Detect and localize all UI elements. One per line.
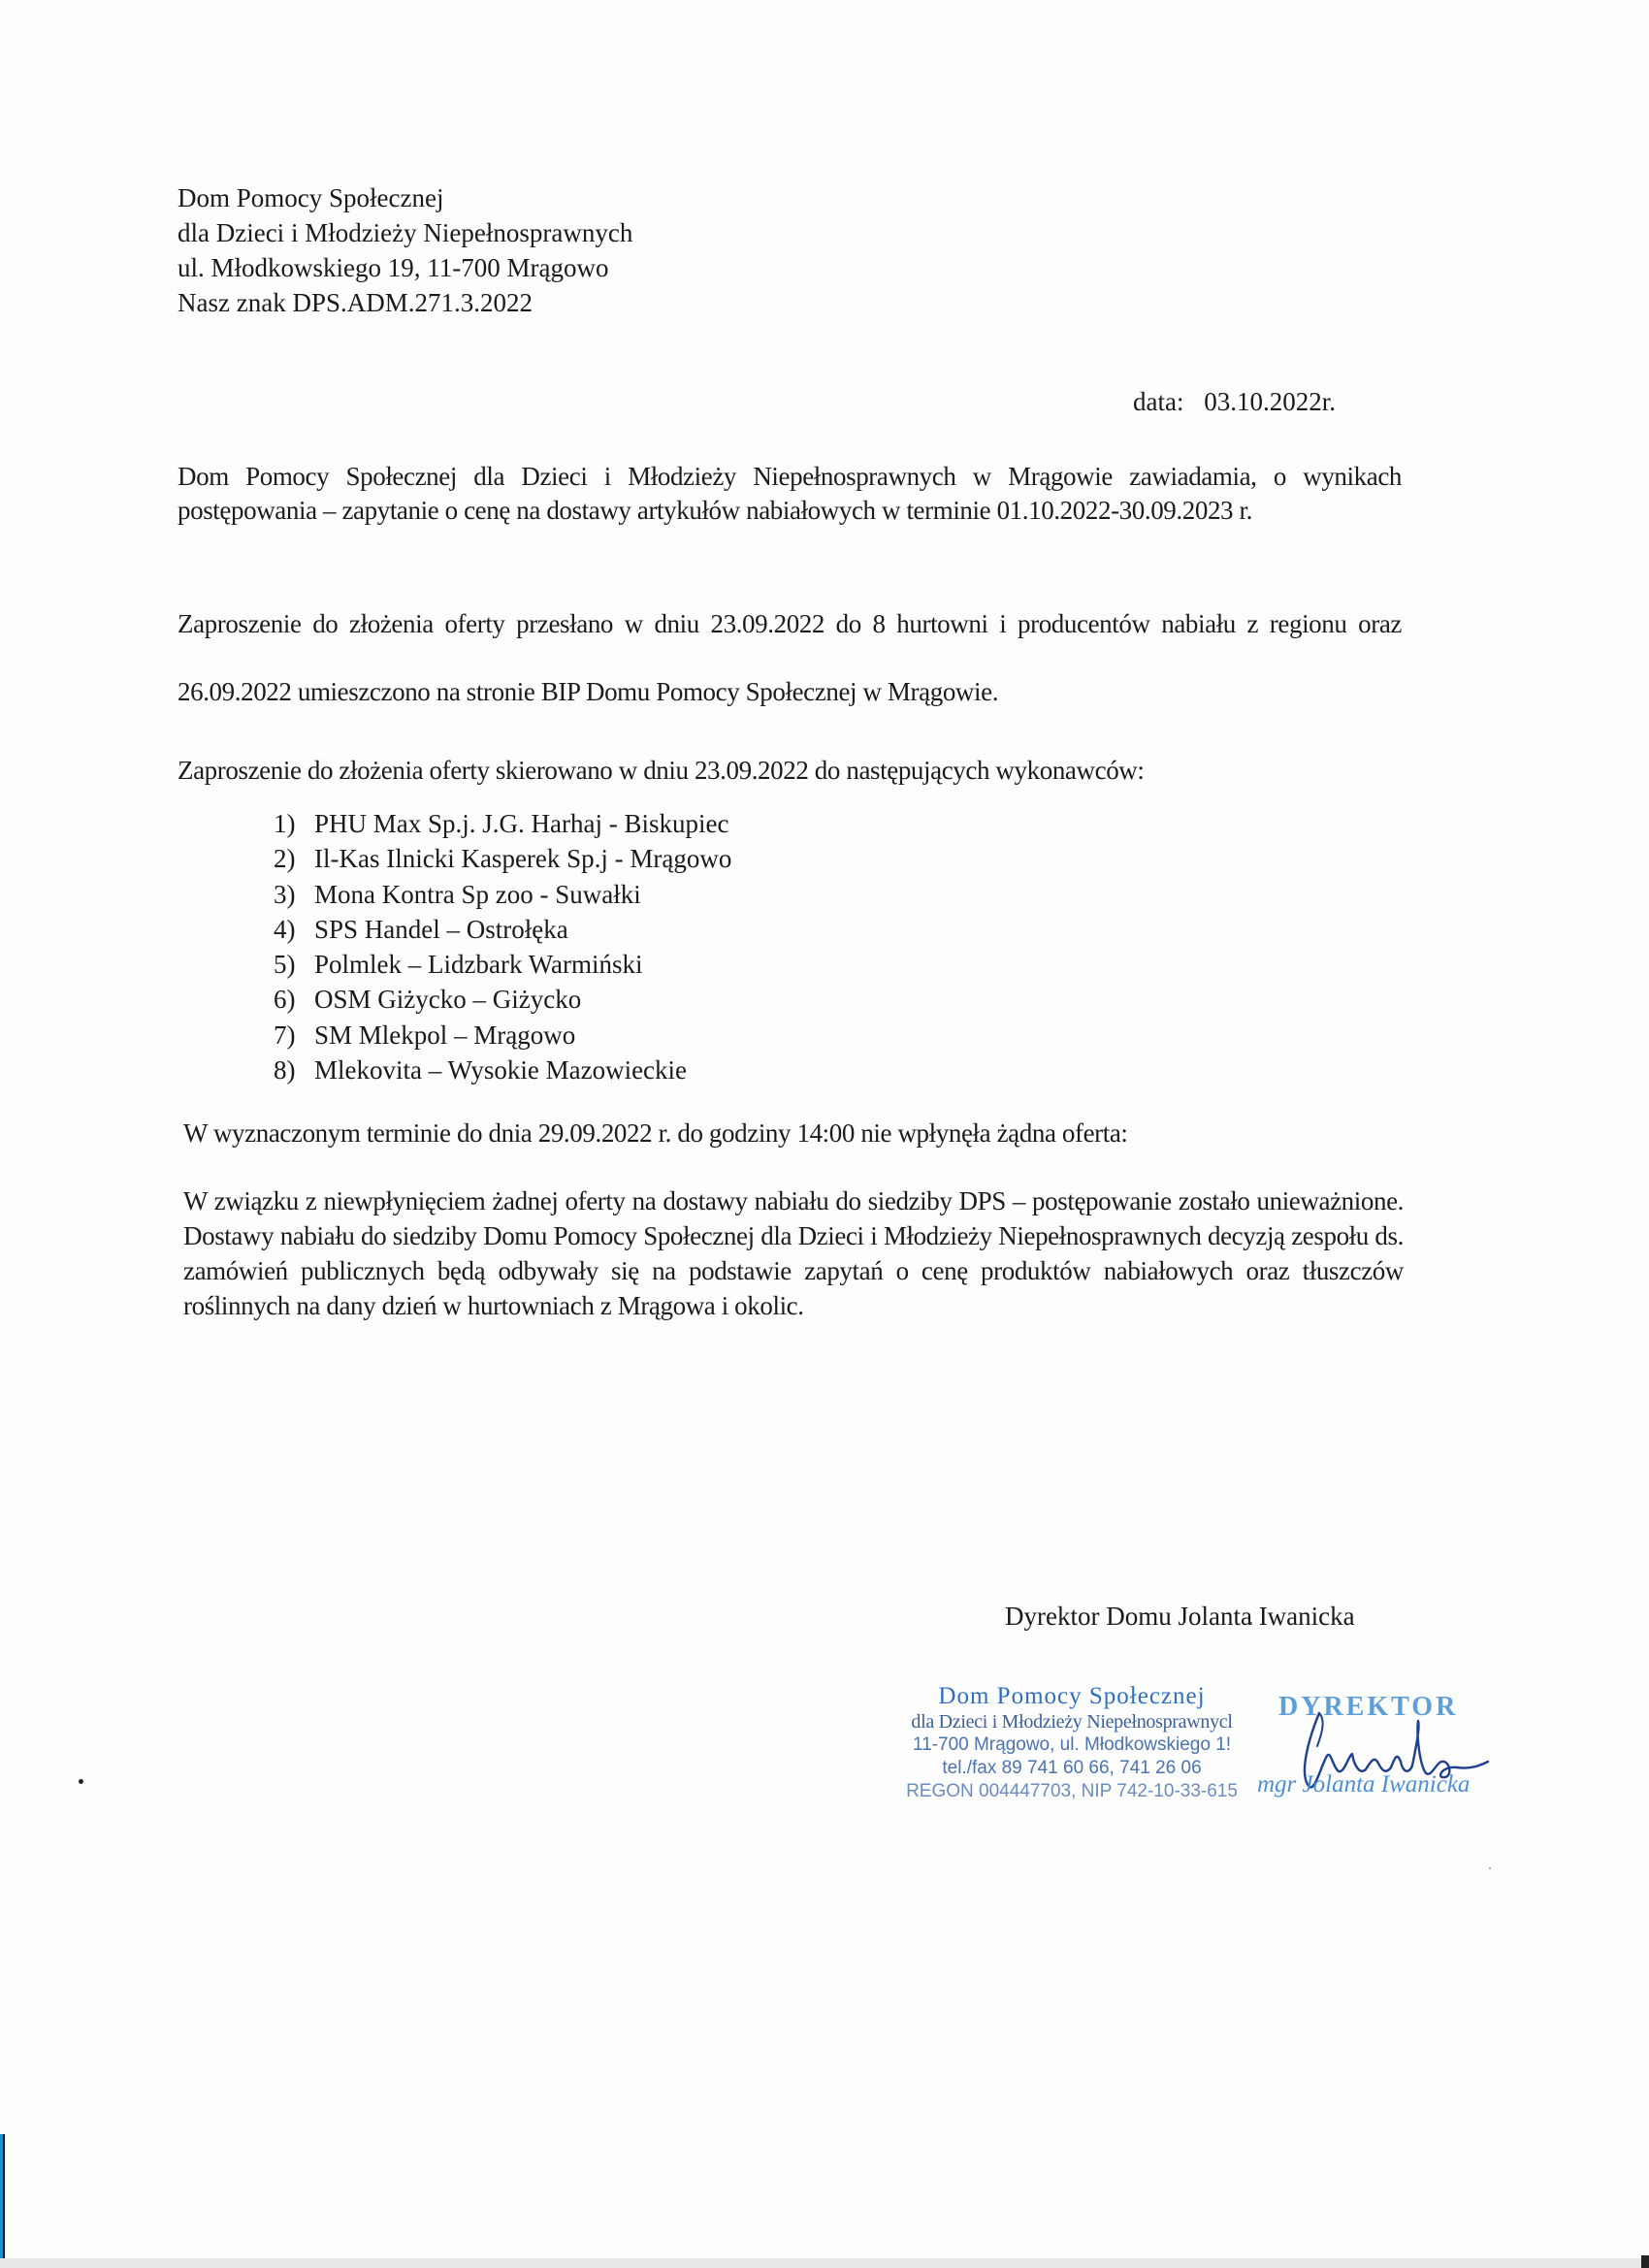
signer-line: Dyrektor Domu Jolanta Iwanicka xyxy=(1005,1599,1355,1634)
list-item: 2)Il-Kas Ilnicki Kasperek Sp.j - Mrągowo xyxy=(274,841,731,876)
scan-speck xyxy=(1489,1867,1491,1869)
deadline-paragraph: W wyznaczonym terminie do dnia 29.09.202… xyxy=(183,1116,1407,1150)
list-item: 3)Mona Kontra Sp zoo - Suwałki xyxy=(274,877,731,912)
stamp-address: 11-700 Mrągowo, ul. Młodkowskiego 1! xyxy=(888,1733,1256,1757)
stamp-phone: tel./fax 89 741 60 66, 741 26 06 xyxy=(888,1757,1256,1780)
stamp-subtitle: dla Dzieci i Młodzieży Niepełnosprawnycl xyxy=(888,1710,1256,1733)
list-item: 1)PHU Max Sp.j. J.G. Harhaj - Biskupiec xyxy=(274,806,731,841)
stamp-title: Dom Pomocy Społecznej xyxy=(888,1683,1256,1710)
list-item: 8)Mlekovita – Wysokie Mazowieckie xyxy=(274,1053,731,1087)
intro-paragraph: Dom Pomocy Społecznej dla Dzieci i Młodz… xyxy=(178,460,1402,528)
date-value: 03.10.2022r. xyxy=(1204,387,1336,416)
list-item: 7)SM Mlekpol – Mrągowo xyxy=(274,1018,731,1053)
director-stamp-name: mgr Jolanta Iwanicka xyxy=(1257,1771,1470,1798)
scan-corner xyxy=(1641,2255,1649,2268)
list-item: 6)OSM Giżycko – Giżycko xyxy=(274,982,731,1017)
list-item: 5)Polmlek – Lidzbark Warmiński xyxy=(274,947,731,982)
invitation-sent-paragraph: Zaproszenie do złożenia oferty przesłano… xyxy=(178,590,1402,726)
sender-name: Dom Pomocy Społecznej xyxy=(178,180,632,215)
sender-header: Dom Pomocy Społecznej dla Dzieci i Młodz… xyxy=(178,180,632,320)
invitation-directed-paragraph: Zaproszenie do złożenia oferty skierowan… xyxy=(178,753,1402,788)
sender-address: ul. Młodkowskiego 19, 11-700 Mrągowo xyxy=(178,250,632,285)
date-label: data: xyxy=(1133,387,1183,416)
conclusion-paragraph: W związku z niewpłynięciem żadnej oferty… xyxy=(183,1183,1404,1323)
stamp-ids: REGON 004447703, NIP 742-10-33-615 xyxy=(888,1780,1256,1803)
institution-stamp: Dom Pomocy Społecznej dla Dzieci i Młodz… xyxy=(888,1683,1256,1803)
document-page: Dom Pomocy Społecznej dla Dzieci i Młodz… xyxy=(0,0,1649,2268)
sender-subtitle: dla Dzieci i Młodzieży Niepełnosprawnych xyxy=(178,215,632,250)
list-item: 4)SPS Handel – Ostrołęka xyxy=(274,912,731,947)
document-date: data: 03.10.2022r. xyxy=(1133,384,1336,419)
scan-speck xyxy=(79,1779,83,1784)
vendor-list: 1)PHU Max Sp.j. J.G. Harhaj - Biskupiec … xyxy=(274,806,731,1087)
scan-edge xyxy=(0,2134,5,2268)
reference-number: Nasz znak DPS.ADM.271.3.2022 xyxy=(178,285,632,320)
scan-speck xyxy=(1250,1622,1252,1624)
scan-band xyxy=(0,2258,1649,2268)
